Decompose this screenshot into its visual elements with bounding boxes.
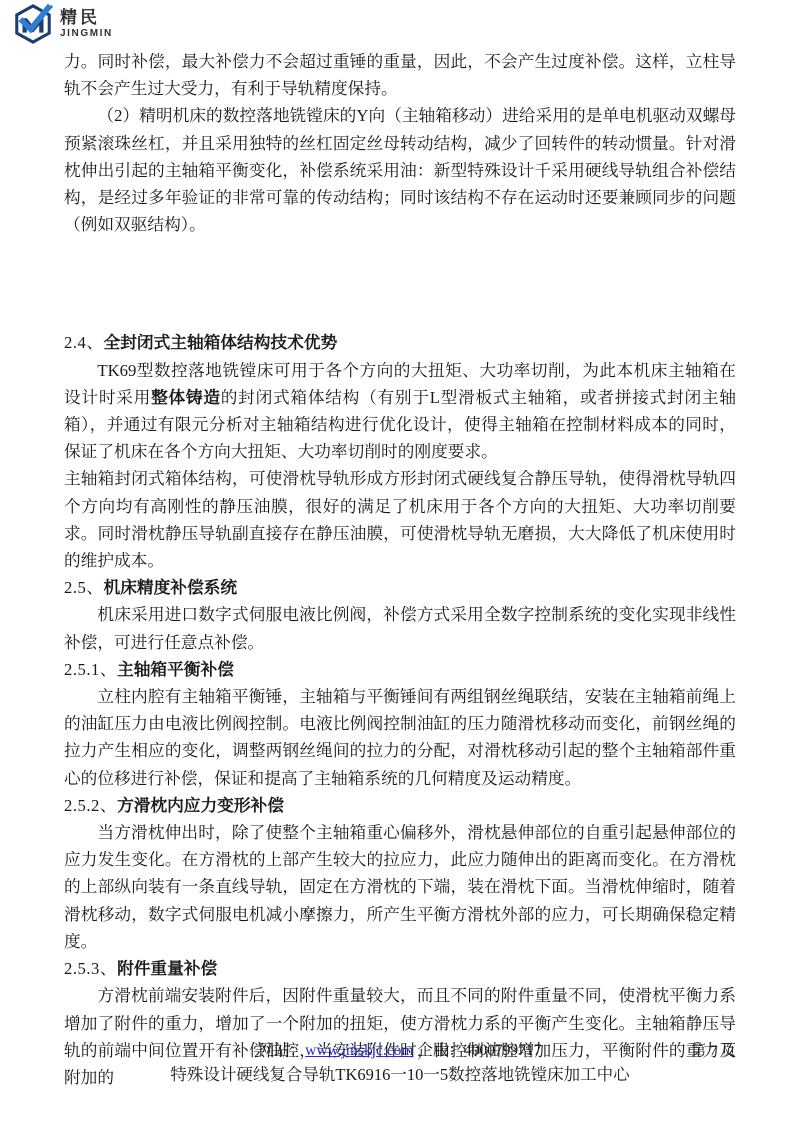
paragraph: 力。同时补偿，最大补偿力不会超过重锤的重量，因此，不会产生过度补偿。这样，立柱导… <box>64 48 736 102</box>
section-heading: 2.5、机床精度补偿系统 <box>64 574 736 601</box>
section-heading: 2.5.1、主轴箱平衡补偿 <box>64 656 736 683</box>
section-gap <box>64 238 736 329</box>
site-label: 网站： <box>259 1042 306 1059</box>
text-run: 立柱内腔有主轴箱平衡锤，主轴箱与平衡锤间有两组钢丝绳联结，安装在主轴箱前绳上的油… <box>64 687 736 788</box>
section-number: 2.4、 <box>64 333 104 352</box>
jingmin-logo-icon <box>10 3 56 45</box>
section-heading: 2.5.3、附件重量补偿 <box>64 955 736 982</box>
service-phone: 4000799717 <box>464 1042 542 1059</box>
text-run: 力。同时补偿，最大补偿力不会超过重锤的重量，因此，不会产生过度补偿。这样，立柱导… <box>64 52 736 98</box>
section-title: 方滑枕内应力变形补偿 <box>117 796 284 815</box>
paragraph: 立柱内腔有主轴箱平衡锤，主轴箱与平衡锤间有两组钢丝绳联结，安装在主轴箱前绳上的油… <box>64 683 736 792</box>
bold-text-run: 整体铸造 <box>151 388 221 407</box>
jingmin-logo: 精民 JINGMIN <box>10 3 113 45</box>
document-body: 力。同时补偿，最大补偿力不会超过重锤的重量，因此，不会产生过度补偿。这样，立柱导… <box>64 48 736 1091</box>
paragraph: 当方滑枕伸出时，除了使整个主轴箱重心偏移外，滑枕悬伸部位的自重引起悬伸部位的应力… <box>64 819 736 955</box>
paragraph: TK69型数控落地铣镗床可用于各个方向的大扭矩、大功率切削，为此本机床主轴箱在设… <box>64 357 736 466</box>
text-run: 当方滑枕伸出时，除了使整个主轴箱重心偏移外，滑枕悬伸部位的自重引起悬伸部位的应力… <box>64 823 736 951</box>
paragraph: 机床采用进口数字式伺服电液比例阀，补偿方式采用全数字控制系统的变化实现非线性补偿… <box>64 601 736 655</box>
section-title: 全封闭式主轴箱体结构技术优势 <box>104 333 338 352</box>
service-label: 企服： <box>413 1042 463 1059</box>
section-title: 机床精度补偿系统 <box>104 578 238 597</box>
section-heading: 2.4、全封闭式主轴箱体结构技术优势 <box>64 329 736 356</box>
section-heading: 2.5.2、方滑枕内应力变形补偿 <box>64 792 736 819</box>
section-number: 2.5.1、 <box>64 660 117 679</box>
document-page: 精民 JINGMIN 力。同时补偿，最大补偿力不会超过重锤的重量，因此，不会产生… <box>0 0 800 1133</box>
section-title: 主轴箱平衡补偿 <box>117 660 234 679</box>
brand-name-en: JINGMIN <box>60 29 113 39</box>
footer-doc-title: 特殊设计硬线复合导轨TK6916一10一5数控落地铣镗床加工中心 <box>0 1063 800 1087</box>
text-run: 机床采用进口数字式伺服电液比例阀，补偿方式采用全数字控制系统的变化实现非线性补偿… <box>64 605 736 651</box>
brand-text: 精民 JINGMIN <box>60 9 113 39</box>
brand-name-cn: 精民 <box>60 9 113 26</box>
page-number: 第 7 页 <box>691 1040 736 1062</box>
paragraph: 主轴箱封闭式箱体结构，可使滑枕导轨形成方形封闭式硬线复合静压导轨，使得滑枕导轨四… <box>64 465 736 574</box>
text-run: （2）精明机床的数控落地铣镗床的Y向（主轴箱移动）进给采用的是单电机驱动双螺母预… <box>64 106 736 234</box>
section-number: 2.5.3、 <box>64 959 117 978</box>
section-number: 2.5.2、 <box>64 796 117 815</box>
text-run: 主轴箱封闭式箱体结构，可使滑枕导轨形成方形封闭式硬线复合静压导轨，使得滑枕导轨四… <box>64 469 736 570</box>
section-number: 2.5、 <box>64 578 104 597</box>
paragraph: （2）精明机床的数控落地铣镗床的Y向（主轴箱移动）进给采用的是单电机驱动双螺母预… <box>64 102 736 238</box>
section-title: 附件重量补偿 <box>117 959 217 978</box>
website-link[interactable]: www.jmskjc.com <box>305 1042 413 1059</box>
footer-contact-line: 网站：www.jmskjc.com 企服：4000799717 <box>0 1040 800 1062</box>
